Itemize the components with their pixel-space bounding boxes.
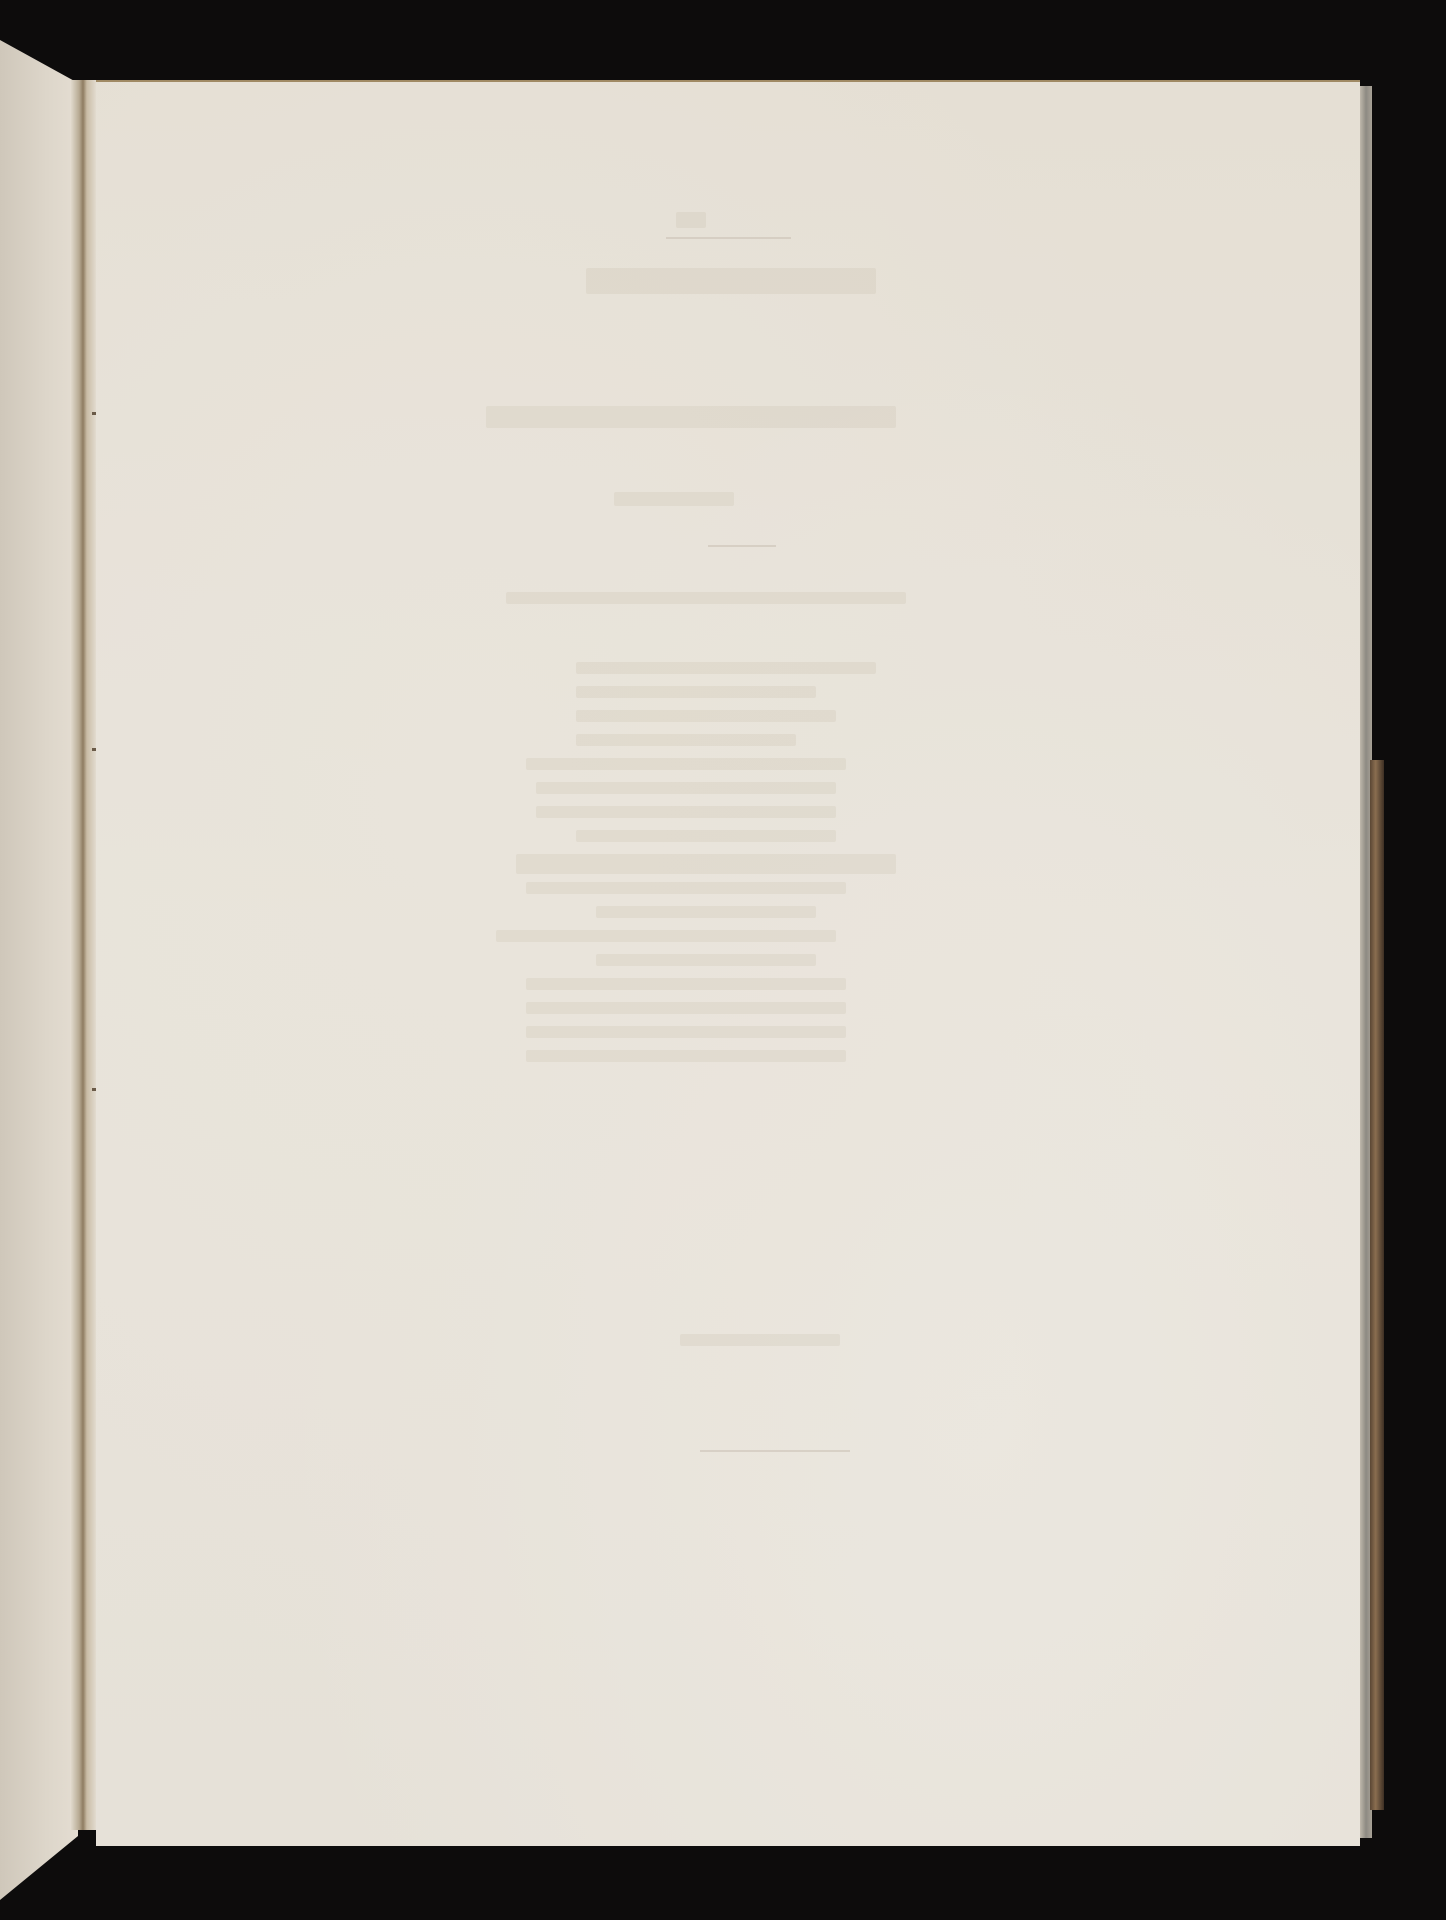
- show-through-rule: [700, 1450, 850, 1452]
- show-through-mark: [676, 212, 706, 228]
- show-through-line: [576, 710, 836, 722]
- show-through-rule: [666, 237, 791, 239]
- show-through-line: [526, 758, 846, 770]
- show-through-line: [596, 906, 816, 918]
- show-through-line: [576, 686, 816, 698]
- show-through-line: [526, 1026, 846, 1038]
- show-through-line: [526, 1002, 846, 1014]
- show-through-line: [596, 954, 816, 966]
- show-through-line: [496, 930, 836, 942]
- show-through-byline: [614, 492, 734, 506]
- book-photo: [0, 0, 1446, 1920]
- show-through-line: [536, 806, 836, 818]
- blank-right-page: [96, 80, 1360, 1846]
- left-page-edge: [0, 40, 78, 1900]
- show-through-line: [526, 1050, 846, 1062]
- show-through-line: [506, 592, 906, 604]
- book-gutter-binding: [70, 80, 96, 1830]
- show-through-heading: [586, 268, 876, 294]
- show-through-line: [576, 734, 796, 746]
- show-through-line: [576, 830, 836, 842]
- show-through-line: [576, 662, 876, 674]
- show-through-line: [526, 882, 846, 894]
- show-through-rule: [708, 545, 776, 547]
- show-through-line: [536, 782, 836, 794]
- show-through-signature: [680, 1334, 840, 1346]
- cover-board-edge: [1370, 760, 1384, 1810]
- show-through-title: [486, 406, 896, 428]
- show-through-heading: [516, 854, 896, 874]
- show-through-line: [526, 978, 846, 990]
